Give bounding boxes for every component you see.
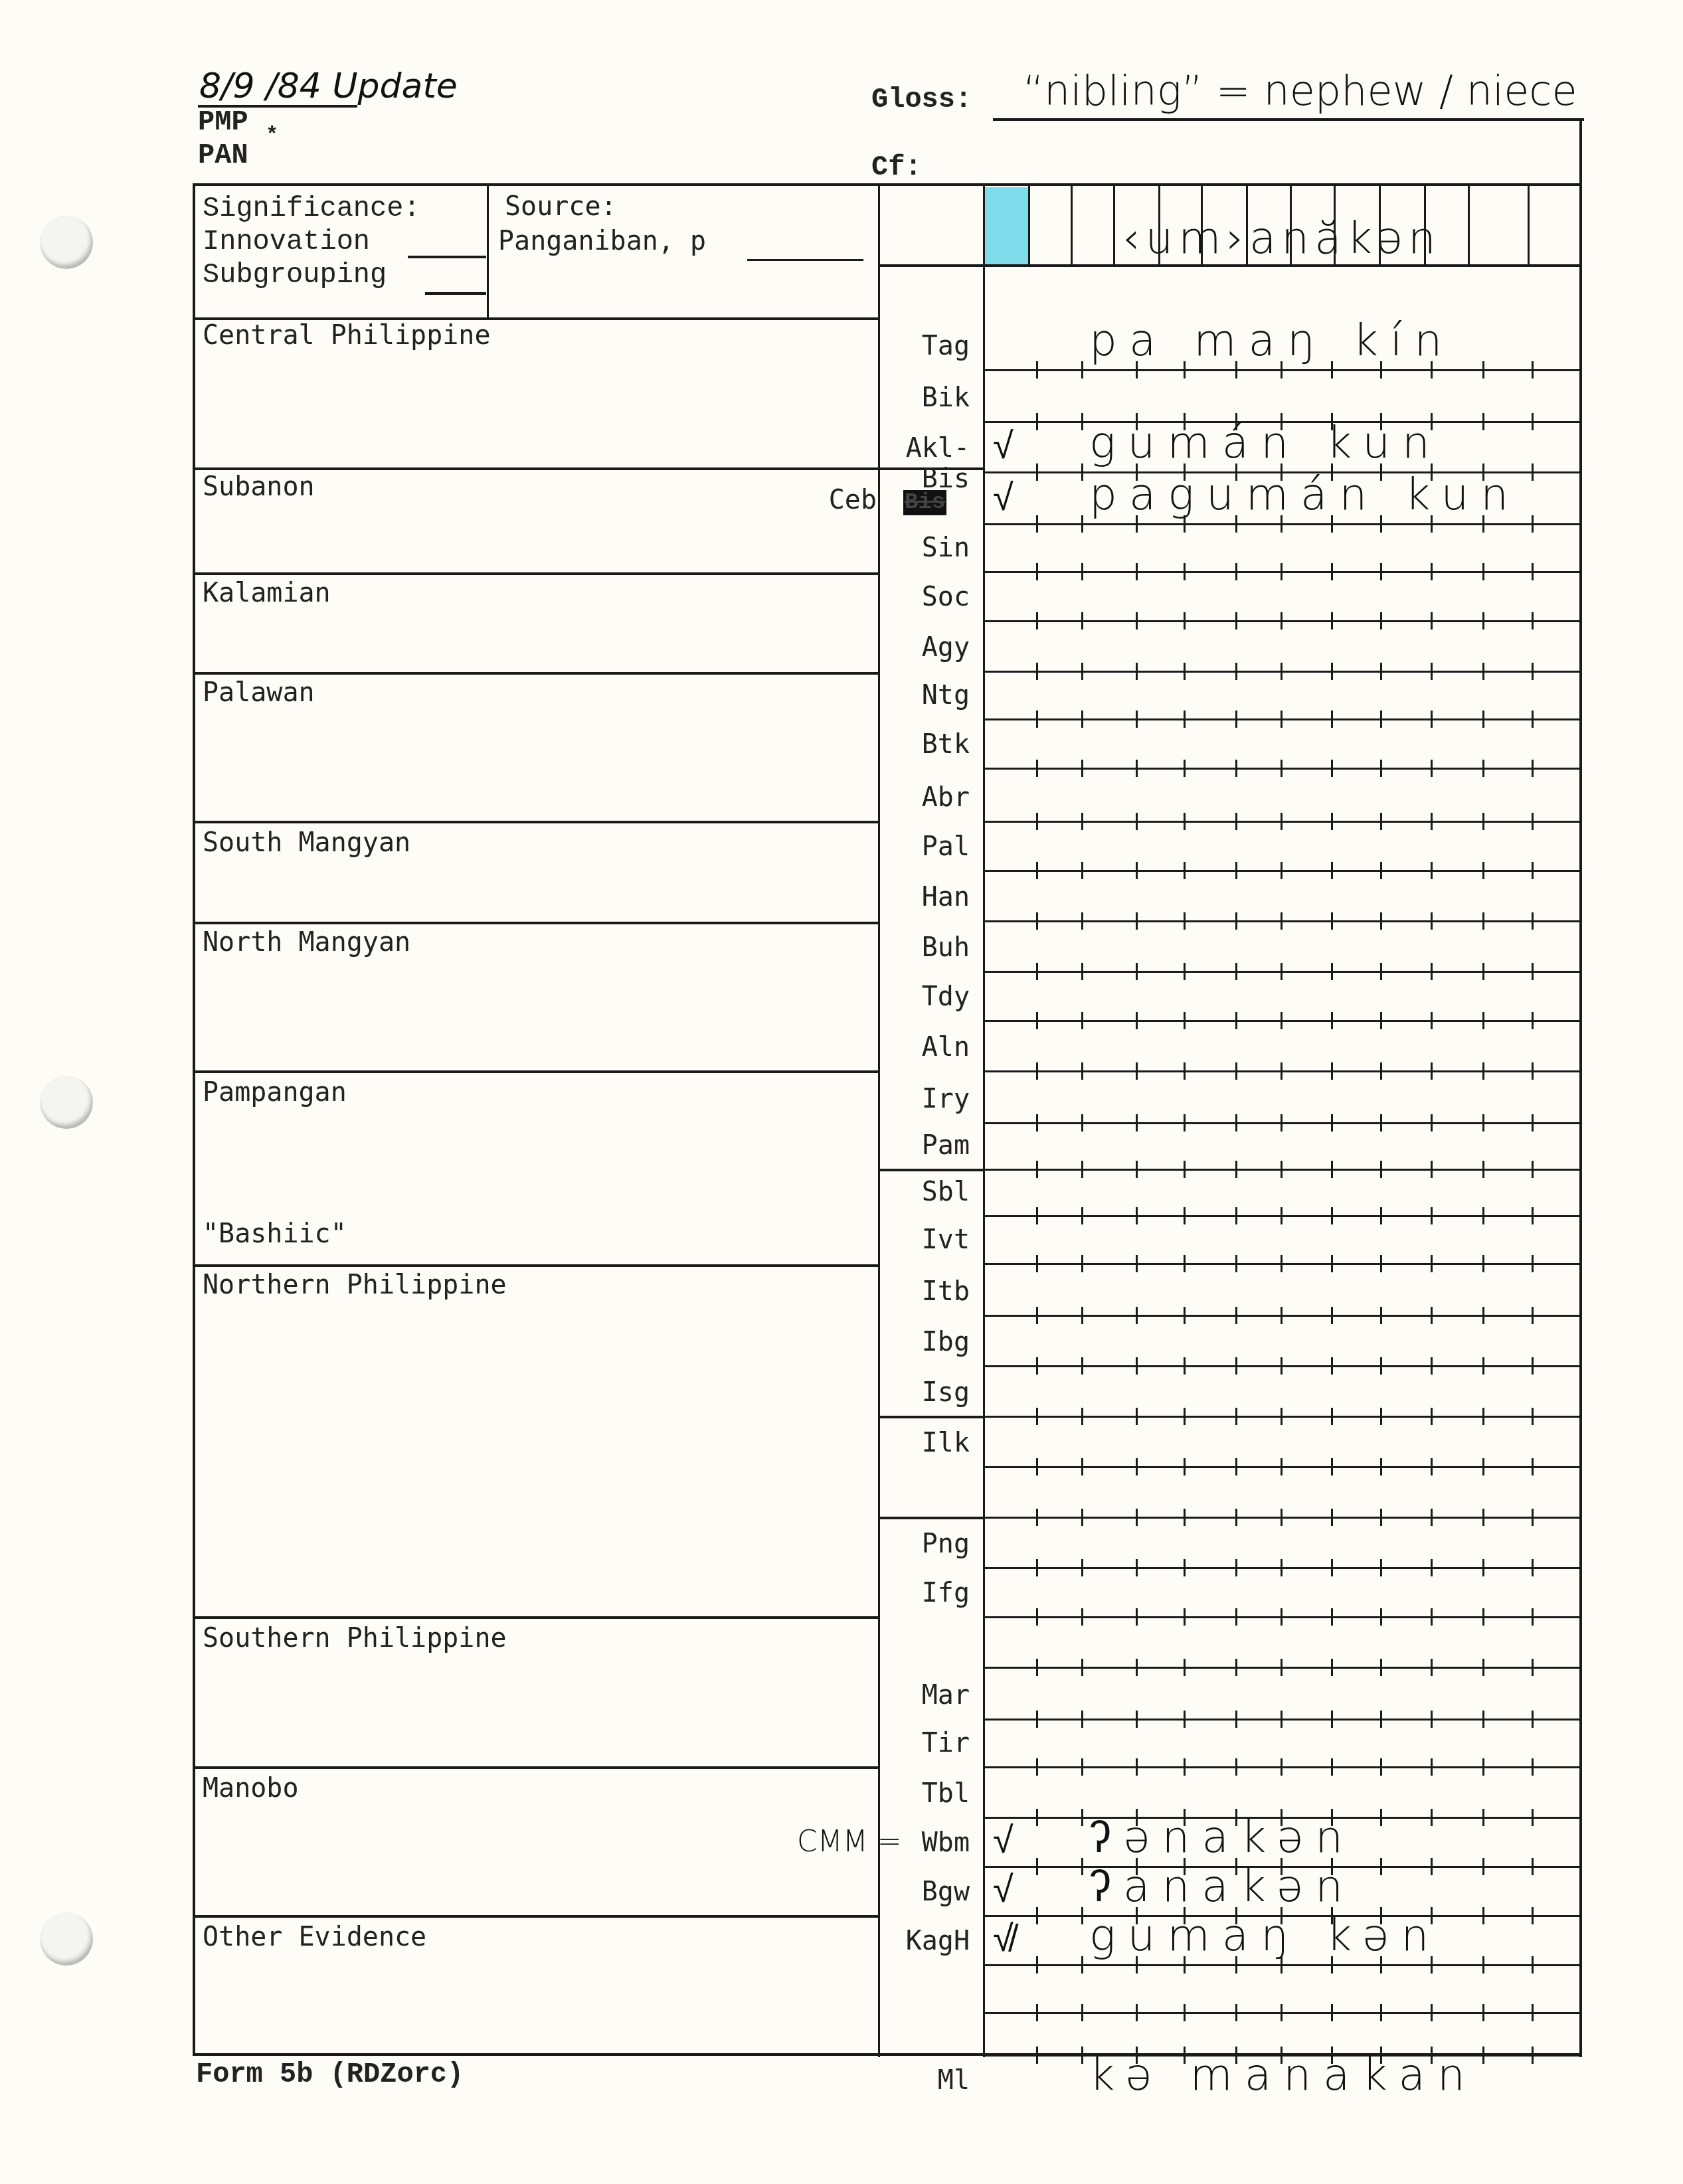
grid-tick [1081,1758,1083,1776]
grid-tick [1081,663,1083,680]
grid-tick [1136,1012,1138,1029]
grid-tick [1532,1509,1534,1526]
grid-tick [1431,612,1433,630]
grid-tick [1431,1659,1433,1676]
grid-tick [1431,711,1433,728]
grid-tick [1036,1509,1038,1526]
grid-tick [1136,1161,1138,1178]
grid-tick [1532,711,1534,728]
language-code: Tdy [890,981,970,1012]
group-divider [193,1070,880,1073]
grid-tick [1532,1012,1534,1029]
cell-divider [1528,185,1530,266]
group-label: Southern Philippine [203,1623,507,1653]
grid-tick [1532,1711,1534,1728]
grid-tick [1331,1161,1333,1178]
grid-tick [1036,1207,1038,1224]
checkmark-icon: √ [993,1867,1014,1911]
group-label: Pampangan [203,1077,347,1108]
grid-tick [1235,1408,1237,1425]
grid-tick [1482,963,1484,980]
grid-tick [1235,1207,1237,1224]
grid-tick [1532,1307,1534,1324]
group-divider [193,1766,880,1769]
grid-tick [1184,612,1186,630]
grid-tick [1431,1357,1433,1375]
grid-tick [1431,963,1433,980]
grid-tick [1235,1758,1237,1776]
grid-tick [1532,612,1534,630]
innovation-label: Innovation [203,226,370,258]
grid-tick [1431,1458,1433,1475]
group-divider [193,1264,880,1267]
grid-tick [1532,1608,1534,1626]
grid-tick [1482,1711,1484,1728]
subgroup-divider [878,1416,984,1418]
grid-tick [1184,1711,1186,1728]
grid-tick [1036,1956,1038,1974]
grid-tick [1482,1012,1484,1029]
grid-tick [1036,813,1038,830]
grid-tick [1184,1659,1186,1676]
grid-tick [1482,1559,1484,1576]
grid-tick [1380,1711,1382,1728]
grid-tick [1380,1357,1382,1375]
grid-tick [1184,1357,1186,1375]
grid-tick [1136,862,1138,879]
checkmark-icon: √̸ [993,1916,1014,1960]
grid-tick [1331,1114,1333,1132]
grid-tick [1532,760,1534,777]
grid-tick [1281,1255,1283,1272]
grid-tick [1235,1659,1237,1676]
language-code: Mar [890,1680,970,1711]
grid-tick [1482,1062,1484,1080]
grid-tick [1380,711,1382,728]
grid-tick [1331,1559,1333,1576]
grid-tick [1081,1161,1083,1178]
language-code: Ilk [890,1428,970,1458]
group-label: "Bashiic" [203,1218,347,1249]
label-column-left [878,183,880,2057]
grid-tick [1036,912,1038,930]
grid-tick [1081,1207,1083,1224]
significance-label: Significance: [203,193,420,224]
grid-tick [1235,963,1237,980]
grid-tick [1235,663,1237,680]
grid-tick [1532,1207,1534,1224]
grid-tick [1281,1307,1283,1324]
grid-tick [1380,1608,1382,1626]
grid-tick [1036,1012,1038,1029]
grid-tick [1235,1307,1237,1324]
form-bottom-border [193,2053,1582,2056]
grid-tick [1482,1659,1484,1676]
binder-hole [40,1076,93,1129]
language-code: Ibg [890,1327,970,1357]
group-divider [193,922,880,924]
grid-tick [1380,612,1382,630]
reconstruction-form[interactable]: ‹um›anăkən [1122,212,1441,264]
grid-tick [1235,1711,1237,1728]
grid-tick [1036,1711,1038,1728]
grid-tick [1281,963,1283,980]
grid-tick [1331,1408,1333,1425]
cell-divider [1290,185,1292,266]
cognate-form[interactable]: pagumán kun [1089,469,1520,520]
grid-tick [1081,862,1083,879]
grid-tick [1184,963,1186,980]
language-code: Sin [890,533,970,563]
grid-tick [1136,1509,1138,1526]
grid-tick [1281,912,1283,930]
grid-tick [1235,813,1237,830]
grid-tick [1482,1357,1484,1375]
binder-hole [40,216,93,269]
grid-tick [1431,1608,1433,1626]
grid-tick [1036,1114,1038,1132]
grid-tick [1281,760,1283,777]
grid-tick [1482,1809,1484,1826]
grid-tick [1036,2004,1038,2021]
cognate-form[interactable]: gumaŋ kən [1089,1910,1441,1961]
grid-tick [1431,813,1433,830]
grid-tick [1532,1255,1534,1272]
grid-tick [1235,862,1237,879]
grid-tick [1281,1408,1283,1425]
grid-tick [1431,1207,1433,1224]
grid-tick [1281,1012,1283,1029]
cognate-form[interactable]: pa maŋ kín [1089,315,1454,366]
group-label: Palawan [203,677,315,708]
grid-tick [1532,1956,1534,1974]
grid-tick [1081,1458,1083,1475]
cognate-form[interactable]: gumán kun [1089,417,1442,468]
grid-tick [1081,963,1083,980]
grid-tick [1235,1114,1237,1132]
source-label: Source: [505,191,617,222]
grid-tick [1136,711,1138,728]
grid-tick [1380,963,1382,980]
subgrouping-label: Subgrouping [203,259,387,291]
grid-tick [1331,2004,1333,2021]
grid-tick [1184,1408,1186,1425]
grid-tick [1081,760,1083,777]
grid-tick [1136,1559,1138,1576]
grid-tick [1532,963,1534,980]
grid-tick [1380,1307,1382,1324]
grid-tick [1482,711,1484,728]
language-code: Abr [890,782,970,813]
grid-tick [1532,1858,1534,1875]
grid-tick [1184,711,1186,728]
grid-tick [1235,1255,1237,1272]
grid-tick [1380,862,1382,879]
language-code: Tir [890,1728,970,1758]
grid-tick [1331,1062,1333,1080]
grid-tick [1331,1307,1333,1324]
language-code: Bgw [890,1877,970,1907]
cell-divider [1071,185,1073,266]
header-top-border [193,183,1582,186]
grid-tick [1036,413,1038,430]
grid-tick [1235,1458,1237,1475]
grid-tick [1431,862,1433,879]
gloss-label: Gloss: [871,84,972,116]
grid-tick [1081,563,1083,580]
cell-divider [1113,185,1115,266]
grid-tick [1184,2004,1186,2021]
language-code: Ml [890,2065,970,2096]
grid-tick [1081,1012,1083,1029]
group-divider [193,1915,880,1918]
grid-tick [1235,1357,1237,1375]
grid-tick [1482,1608,1484,1626]
language-code: Tag [890,331,970,361]
grid-tick [1081,463,1083,481]
grid-tick [1380,1255,1382,1272]
grid-tick [1331,1458,1333,1475]
cognate-form[interactable]: ʔanakən [1089,1861,1355,1912]
grid-tick [1380,2004,1382,2021]
grid-tick [1331,1357,1333,1375]
grid-tick [1184,1114,1186,1132]
grid-tick [1331,1711,1333,1728]
group-label: Subanon [203,471,315,502]
grid-tick [1431,1255,1433,1272]
grid-tick [1281,813,1283,830]
grid-tick [1081,1357,1083,1375]
cognate-form[interactable]: kə manakan [1089,2049,1477,2100]
cell-divider [1201,185,1203,266]
grid-tick [1532,563,1534,580]
grid-tick [1431,1408,1433,1425]
form-footer-label: Form 5b (RDZorc) [196,2058,464,2090]
grid-tick [1184,1255,1186,1272]
grid-tick [1136,1114,1138,1132]
grid-tick [1036,760,1038,777]
grid-tick [1081,1307,1083,1324]
sig-source-divider [487,183,489,319]
grid-tick [1482,361,1484,378]
grid-tick [1281,711,1283,728]
grid-tick [1184,1758,1186,1776]
grid-tick [1532,1357,1534,1375]
grid-tick [1036,862,1038,879]
grid-tick [1431,912,1433,930]
grid-tick [1482,1458,1484,1475]
grid-tick [1532,361,1534,378]
grid-tick [1431,1307,1433,1324]
language-code: Ceb [810,485,877,515]
grid-tick [1482,760,1484,777]
grid-tick [1482,1907,1484,1924]
subgrouping-blank[interactable] [425,292,486,295]
source-page-blank[interactable] [747,259,863,261]
grid-tick [1235,912,1237,930]
grid-tick [1184,862,1186,879]
equivalence-note: CMM = [797,1825,902,1859]
grid-tick [1081,1509,1083,1526]
grid-tick [1482,862,1484,879]
grid-tick [1281,1711,1283,1728]
language-code: KagH [890,1926,970,1956]
group-divider [193,672,880,675]
grid-tick [1036,1608,1038,1626]
grid-tick [1136,1711,1138,1728]
language-code: Sbl [890,1177,970,1207]
grid-tick [1331,1509,1333,1526]
grid-tick [1380,1408,1382,1425]
grid-tick [1136,1255,1138,1272]
grid-tick [1331,612,1333,630]
grid-tick [1281,1458,1283,1475]
grid-tick [1136,1608,1138,1626]
language-code: Han [890,882,970,912]
grid-tick [1036,1161,1038,1178]
grid-tick [1331,563,1333,580]
grid-tick [1431,563,1433,580]
language-code: Bik [890,382,970,413]
grid-tick [1081,1114,1083,1132]
grid-tick [1380,912,1382,930]
grid-tick [1281,1062,1283,1080]
asterisk: * [266,123,278,147]
grid-tick [1380,1114,1382,1132]
grid-tick [1331,1608,1333,1626]
grid-left-border [983,183,985,2057]
grid-tick [1081,1062,1083,1080]
grid-tick [1380,1207,1382,1224]
cognate-form[interactable]: ʔənakən [1089,1811,1355,1863]
grid-tick [1532,1559,1534,1576]
grid-tick [1532,813,1534,830]
grid-tick [1184,1161,1186,1178]
grid-tick [1281,2004,1283,2021]
cell-divider [1468,185,1470,266]
grid-tick [1235,1161,1237,1178]
grid-tick [1281,1608,1283,1626]
grid-tick [1431,1559,1433,1576]
grid-tick [1036,1255,1038,1272]
grid-tick [1184,1458,1186,1475]
grid-tick [1281,663,1283,680]
grid-tick [1380,1161,1382,1178]
grid-tick [1331,963,1333,980]
grid-tick [1184,1559,1186,1576]
checkmark-icon: √ [993,1818,1014,1862]
grid-tick [1235,1509,1237,1526]
gloss-value[interactable]: “nibling” = nephew / niece [1023,66,1577,115]
language-code: Pal [890,831,970,862]
grid-tick [1482,1758,1484,1776]
grid-tick [1136,1207,1138,1224]
language-code: Ifg [890,1578,970,1608]
pmp-label: PMP [198,106,248,138]
grid-tick [1532,1458,1534,1475]
grid-tick [1281,1114,1283,1132]
grid-tick [1281,1161,1283,1178]
grid-tick [1482,1858,1484,1875]
grid-tick [1431,1161,1433,1178]
grid-tick [1281,1559,1283,1576]
grid-tick [1081,1408,1083,1425]
grid-tick [1431,1012,1433,1029]
grid-tick [1532,1114,1534,1132]
cell-divider [1379,185,1381,266]
innovation-blank[interactable] [408,256,486,258]
grid-tick [1331,862,1333,879]
group-label: Central Philippine [203,320,490,351]
grid-tick [1235,711,1237,728]
group-label: Northern Philippine [203,1270,507,1300]
grid-tick [1281,1509,1283,1526]
grid-tick [1235,760,1237,777]
grid-tick [1081,515,1083,533]
grid-tick [1235,563,1237,580]
language-code: Akl-Bis [890,433,970,494]
grid-tick [1380,1509,1382,1526]
grid-tick [1235,1062,1237,1080]
grid-tick [1235,612,1237,630]
group-divider [193,572,880,575]
grid-tick [1036,963,1038,980]
grid-tick [1036,1408,1038,1425]
pan-label: PAN [198,139,248,171]
grid-tick [1136,1307,1138,1324]
grid-tick [1136,1357,1138,1375]
grid-tick [1431,663,1433,680]
grid-tick [1136,1758,1138,1776]
grid-tick [1532,1062,1534,1080]
grid-tick [1136,563,1138,580]
grid-tick [1136,2004,1138,2021]
grid-tick [1331,912,1333,930]
grid-tick [1136,612,1138,630]
subgroup-divider [878,1169,984,1171]
grid-tick [1184,760,1186,777]
grid-tick [1081,813,1083,830]
grid-tick [1136,1659,1138,1676]
group-divider [193,821,880,823]
grid-tick [1532,1659,1534,1676]
cf-label: Cf: [871,151,922,183]
grid-tick [1482,1956,1484,1974]
group-divider [193,1616,880,1619]
grid-tick [1235,1012,1237,1029]
source-value: Panganiban, p [498,226,706,256]
grid-tick [1036,1458,1038,1475]
language-code: Tbl [890,1778,970,1809]
grid-tick [1184,1012,1186,1029]
grid-tick [1036,1062,1038,1080]
cell-divider [1246,185,1248,266]
checkmark-icon: √ [993,424,1014,467]
grid-tick [1281,612,1283,630]
grid-tick [1036,1809,1038,1826]
grid-tick [1482,813,1484,830]
grid-tick [1281,1207,1283,1224]
grid-tick [1235,1559,1237,1576]
grid-tick [1036,711,1038,728]
grid-tick [1532,413,1534,430]
grid-tick [1136,760,1138,777]
grid-tick [1081,612,1083,630]
grid-tick [1331,1012,1333,1029]
group-label: Manobo [203,1773,299,1804]
grid-tick [1036,563,1038,580]
grid-tick [1081,1956,1083,1974]
